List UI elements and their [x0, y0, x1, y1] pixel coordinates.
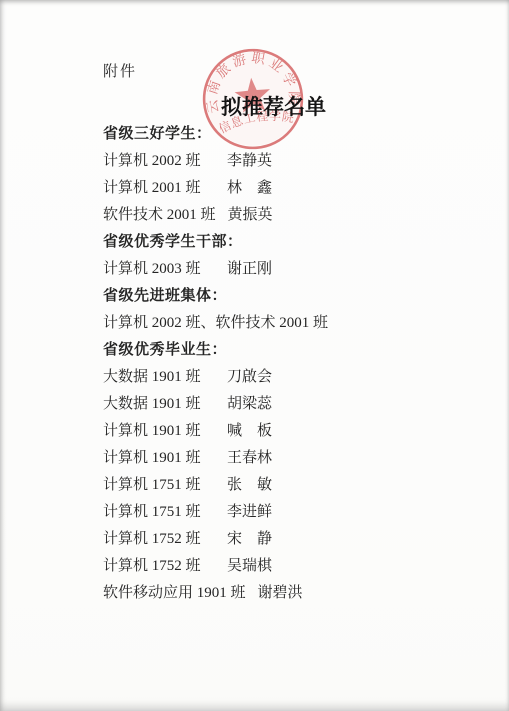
entry-row: 计算机 1752 班吴瑞棋 — [103, 553, 340, 580]
entry-row: 计算机 1751 班李进鲜 — [103, 499, 340, 526]
entry-row: 计算机 2002 班、软件技术 2001 班 — [103, 310, 340, 337]
entry-row: 计算机 1901 班王春林 — [103, 445, 340, 472]
entry-name: 谢碧洪 — [258, 580, 303, 607]
entry-name: 宋 静 — [227, 526, 272, 553]
entry-row: 软件技术 2001 班黄振英 — [103, 202, 340, 229]
section-heading: 省级优秀毕业生： — [103, 337, 340, 364]
entry-name: 刀啟会 — [227, 364, 272, 391]
entry-class: 计算机 1752 班 — [103, 553, 215, 580]
entry-row: 计算机 2003 班谢正刚 — [103, 256, 340, 283]
entry-row: 大数据 1901 班胡梁蕊 — [103, 391, 340, 418]
entry-row: 计算机 1752 班宋 静 — [103, 526, 340, 553]
document-title: 拟推荐名单 — [221, 91, 326, 121]
entry-class: 计算机 1752 班 — [103, 526, 215, 553]
entry-name: 谢正刚 — [227, 256, 272, 283]
entry-class: 计算机 1751 班 — [103, 472, 215, 499]
entry-name: 胡梁蕊 — [227, 391, 272, 418]
section-heading: 省级三好学生： — [103, 121, 340, 148]
entry-class: 计算机 2001 班 — [103, 175, 215, 202]
entry-row: 计算机 1901 班喊 板 — [103, 418, 340, 445]
entry-class: 软件技术 2001 班 — [103, 202, 216, 229]
entry-row: 软件移动应用 1901 班谢碧洪 — [103, 580, 340, 607]
entry-name: 张 敏 — [227, 472, 272, 499]
scanned-document-page: 附件 云南旅游职业学院 信息工程学院 拟推荐名单 省级三好学生：计算机 2002… — [0, 0, 509, 711]
entry-class: 大数据 1901 班 — [103, 391, 215, 418]
entry-class: 计算机 2002 班 — [103, 148, 215, 175]
entry-class: 大数据 1901 班 — [103, 364, 215, 391]
entry-class: 计算机 2003 班 — [103, 256, 215, 283]
entry-row: 计算机 2001 班林 鑫 — [103, 175, 340, 202]
entry-name: 李进鲜 — [227, 499, 272, 526]
entry-row: 计算机 1751 班张 敏 — [103, 472, 340, 499]
content: 省级三好学生：计算机 2002 班李静英计算机 2001 班林 鑫软件技术 20… — [103, 121, 340, 607]
entry-name: 黄振英 — [228, 202, 273, 229]
entry-name: 林 鑫 — [227, 175, 272, 202]
entry-class: 计算机 1901 班 — [103, 445, 215, 472]
entry-name: 喊 板 — [227, 418, 272, 445]
entry-name: 王春林 — [227, 445, 272, 472]
section-heading: 省级先进班集体： — [103, 283, 340, 310]
section-heading: 省级优秀学生干部： — [103, 229, 340, 256]
attachment-label: 附件 — [103, 60, 137, 81]
entry-name: 李静英 — [227, 148, 272, 175]
entry-class: 软件移动应用 1901 班 — [103, 580, 246, 607]
entry-class: 计算机 1751 班 — [103, 499, 215, 526]
entry-class: 计算机 2002 班、软件技术 2001 班 — [103, 310, 328, 337]
entry-class: 计算机 1901 班 — [103, 418, 215, 445]
entry-row: 大数据 1901 班刀啟会 — [103, 364, 340, 391]
entry-row: 计算机 2002 班李静英 — [103, 148, 340, 175]
entry-name: 吴瑞棋 — [227, 553, 272, 580]
